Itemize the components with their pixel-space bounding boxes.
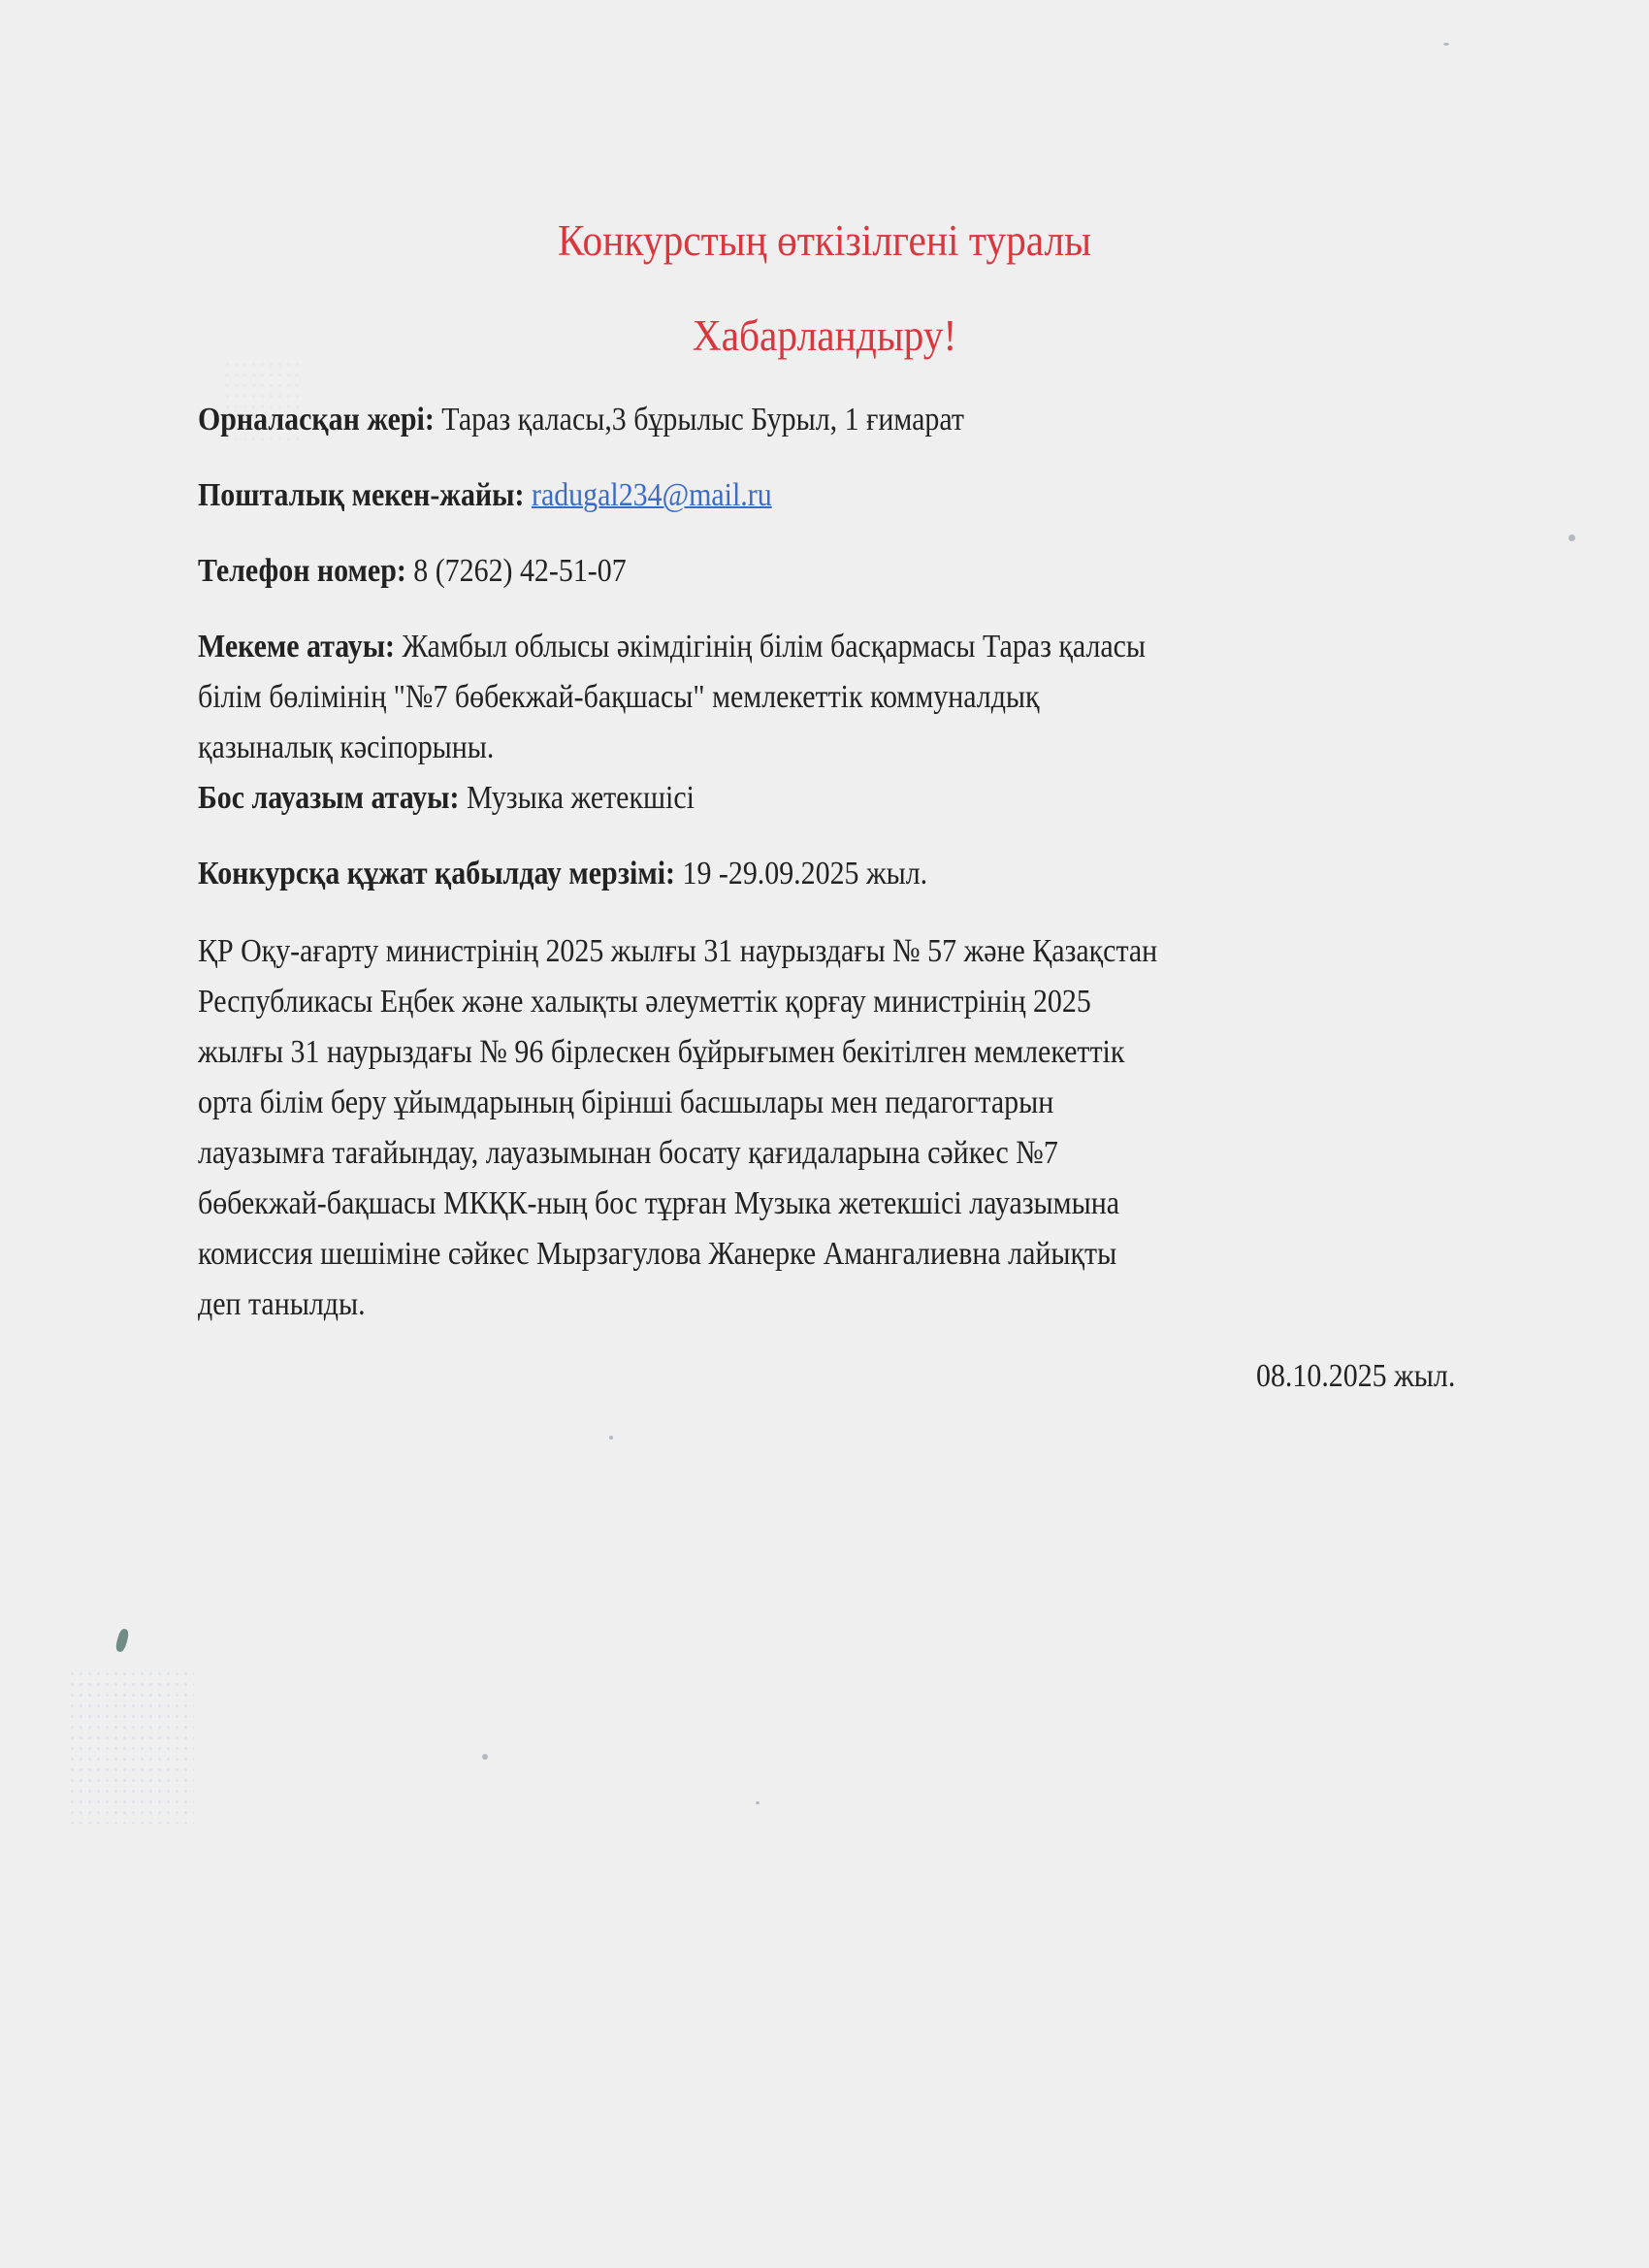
body-line: деп танылды. — [198, 1286, 366, 1323]
scan-smudge — [114, 1628, 130, 1653]
deadline-field: Конкурсқа құжат қабылдау мерзімі: 19 -29… — [198, 856, 927, 892]
body-line: комиссия шешіміне сәйкес Мырзагулова Жан… — [198, 1236, 1116, 1273]
location-value: Тараз қаласы,3 бұрылыс Бурыл, 1 ғимарат — [435, 402, 964, 437]
body-line: лауазымға тағайындау, лауазымынан босату… — [198, 1135, 1058, 1172]
email-label: Пошталық мекен-жайы: — [198, 477, 525, 513]
organization-value-line2: білім бөлімінің "№7 бөбекжай-бақшасы" ме… — [198, 679, 1040, 716]
deadline-value: 19 -29.09.2025 жыл. — [675, 856, 927, 891]
scan-speck — [756, 1801, 760, 1804]
document-date: 08.10.2025 жыл. — [1256, 1358, 1455, 1395]
scan-speck — [1443, 43, 1449, 46]
deadline-label: Конкурсқа құжат қабылдау мерзімі: — [198, 856, 675, 891]
scan-speck — [1568, 535, 1575, 541]
organization-value-line1: Жамбыл облысы әкімдігінің білім басқарма… — [395, 629, 1146, 664]
body-line: орта білім беру ұйымдарының бірінші басш… — [198, 1085, 1053, 1121]
body-line: Республикасы Еңбек және халықты әлеуметт… — [198, 984, 1091, 1021]
organization-value-line3: қазыналық кәсіпорыны. — [198, 729, 494, 766]
phone-value: 8 (7262) 42-51-07 — [406, 553, 627, 589]
phone-field: Телефон номер: 8 (7262) 42-51-07 — [198, 553, 627, 590]
organization-field: Мекеме атауы: Жамбыл облысы әкімдігінің … — [198, 629, 1146, 665]
email-field: Пошталық мекен-жайы: radugal234@mail.ru — [198, 477, 772, 514]
scan-noise — [68, 1669, 194, 1824]
organization-label: Мекеме атауы: — [198, 629, 395, 664]
vacancy-value: Музыка жетекшісі — [459, 780, 694, 816]
document-title: Конкурстың өткізілгені туралы — [66, 215, 1583, 266]
body-line: ҚР Оқу-ағарту министрінің 2025 жылғы 31 … — [198, 933, 1157, 970]
email-link[interactable]: radugal234@mail.ru — [532, 477, 772, 513]
vacancy-label: Бос лауазым атауы: — [198, 780, 459, 816]
scan-speck — [609, 1436, 613, 1440]
scan-speck — [482, 1754, 488, 1760]
vacancy-field: Бос лауазым атауы: Музыка жетекшісі — [198, 780, 695, 817]
phone-label: Телефон номер: — [198, 553, 406, 589]
body-line: жылғы 31 наурыздағы № 96 бірлескен бұйры… — [198, 1034, 1124, 1071]
location-field: Орналасқан жері: Тараз қаласы,3 бұрылыс … — [198, 402, 964, 438]
scan-noise — [223, 359, 301, 446]
body-line: бөбекжай-бақшасы МКҚК-ның бос тұрған Муз… — [198, 1185, 1119, 1222]
document-heading-announcement: Хабарландыру! — [66, 310, 1583, 361]
scanned-document-page: Конкурстың өткізілгені туралы Хабарланды… — [0, 0, 1649, 2268]
